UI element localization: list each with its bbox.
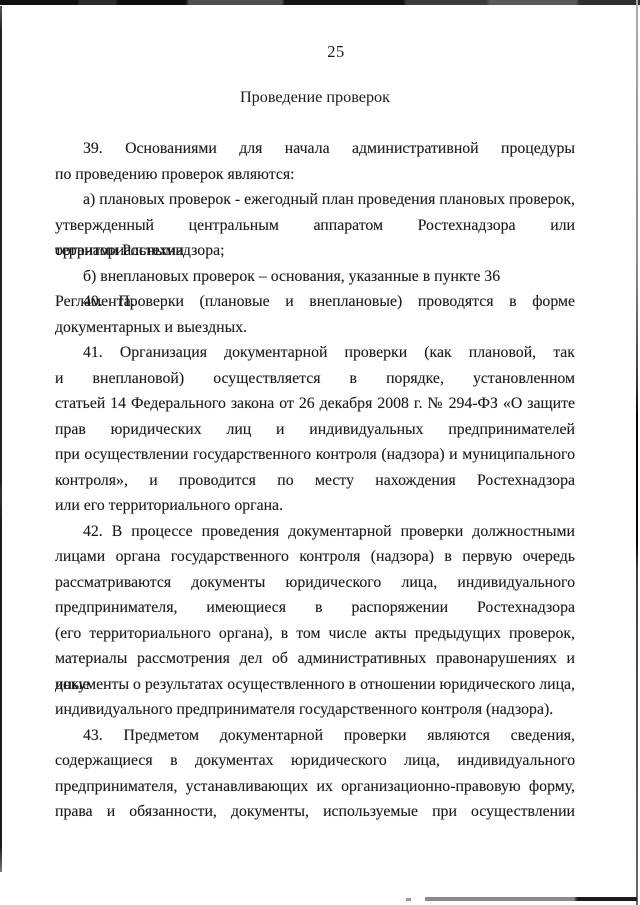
- text-line: рассматриваются документы юридического л…: [55, 570, 575, 596]
- text-line: (его территориального органа), в том чис…: [55, 621, 575, 647]
- page-title: Проведение проверок: [55, 88, 575, 107]
- text-line: б) внеплановых проверок – основания, ука…: [55, 264, 575, 290]
- text-line: статьей 14 Федерального закона от 26 дек…: [55, 391, 575, 417]
- text-line: права и обязанности, документы, использу…: [55, 799, 575, 825]
- scan-artifact-dot: [406, 898, 411, 901]
- scanned-document-page: { "page": { "number": "25", "title": "Пр…: [0, 0, 640, 905]
- text-line: прав юридических лиц и индивидуальных пр…: [55, 417, 575, 443]
- scan-border-top: [0, 0, 640, 5]
- text-line: материалы рассмотрения дел об администра…: [55, 646, 575, 672]
- text-line: лицами органа государственного контроля …: [55, 544, 575, 570]
- text-line: 39. Основаниями для начала административ…: [55, 136, 575, 162]
- scan-border-left: [0, 6, 2, 872]
- scan-border-bottom: [425, 897, 637, 901]
- text-line: или его территориального органа.: [55, 493, 575, 519]
- text-line: 40. Проверки (плановые и внеплановые) пр…: [55, 289, 575, 315]
- page-number: 25: [76, 42, 596, 62]
- text-line: 42. В процессе проведения документарной …: [55, 519, 575, 545]
- text-line: по проведению проверок являются:: [55, 162, 575, 188]
- text-line: документы о результатах осуществленного …: [55, 672, 575, 698]
- text-line: а) плановых проверок - ежегодный план пр…: [55, 187, 575, 213]
- text-line: документарных и выездных.: [55, 315, 575, 341]
- text-line: 43. Предметом документарной проверки явл…: [55, 723, 575, 749]
- document-body: 39. Основаниями для начала административ…: [55, 136, 575, 825]
- text-line: контроля», и проводится по месту нахожде…: [55, 468, 575, 494]
- text-line: содержащиеся в документах юридического л…: [55, 748, 575, 774]
- text-line: при осуществлении государственного контр…: [55, 442, 575, 468]
- text-line: 41. Организация документарной проверки (…: [55, 340, 575, 366]
- text-line: и внеплановой) осуществляется в порядке,…: [55, 366, 575, 392]
- text-line: предпринимателя, устанавливающих их орга…: [55, 774, 575, 800]
- text-line: утвержденный центральным аппаратом Росте…: [55, 213, 575, 239]
- text-line: индивидуального предпринимателя государс…: [55, 697, 575, 723]
- text-line: органами Ростехнадзора;: [55, 238, 575, 264]
- scan-border-right: [636, 0, 638, 905]
- text-line: предпринимателя, имеющиеся в распоряжени…: [55, 595, 575, 621]
